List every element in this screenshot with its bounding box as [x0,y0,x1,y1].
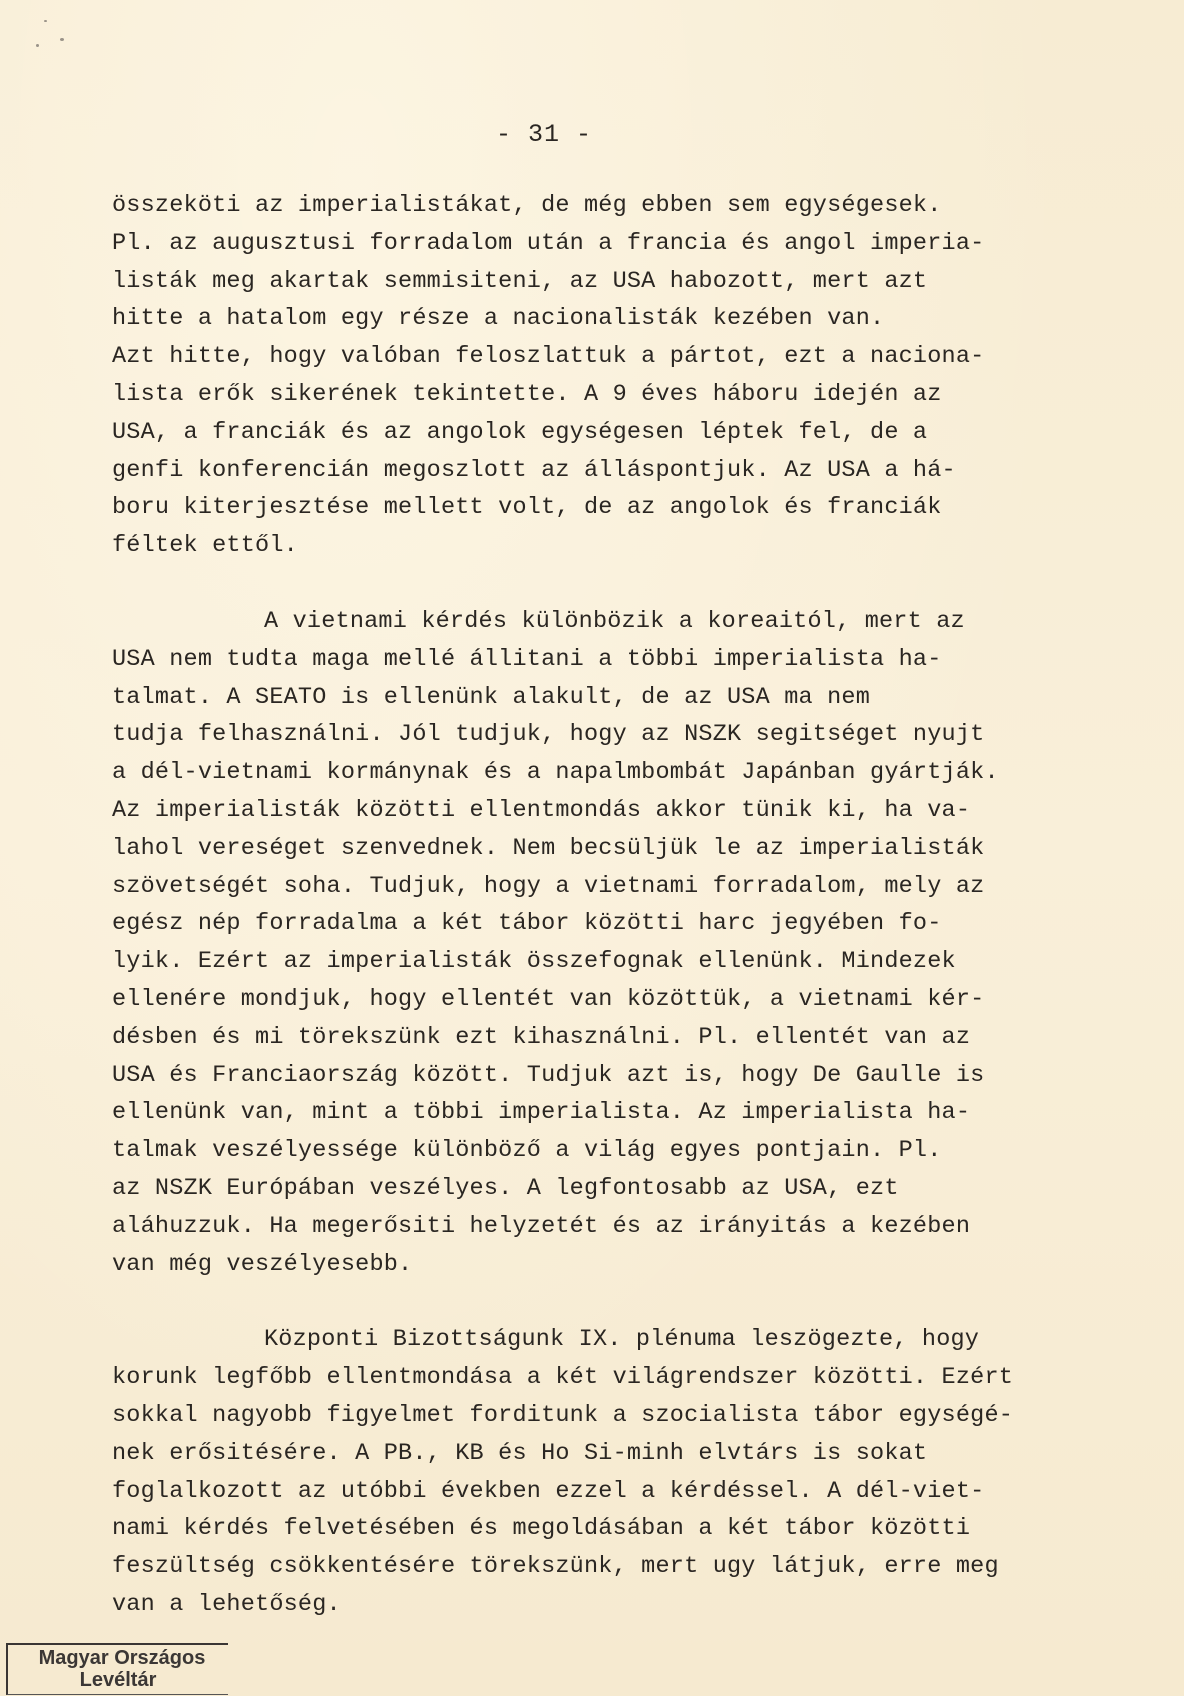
text-line: sokkal nagyobb figyelmet forditunk a szo… [112,1397,1112,1435]
text-line: USA, a franciák és az angolok egységesen… [112,414,1112,452]
document-body: összeköti az imperialistákat, de még ebb… [112,187,1112,1624]
stamp-line-2: Levéltár [8,1669,228,1691]
text-line: Központi Bizottságunk IX. plénuma leszög… [112,1321,1112,1359]
text-line: az NSZK Európában veszélyes. A legfontos… [112,1170,1112,1208]
paper-speck [36,44,39,47]
text-line: korunk legfőbb ellentmondása a két világ… [112,1359,1112,1397]
text-line: feszültség csökkentésére törekszünk, mer… [112,1548,1112,1586]
paper-speck [44,20,47,22]
paragraph-gap [112,565,1112,603]
text-line: van a lehetőség. [112,1586,1112,1624]
stamp-line-1: Magyar Országos [8,1647,228,1669]
text-line: Az imperialisták közötti ellentmondás ak… [112,792,1112,830]
text-line: féltek ettől. [112,527,1112,565]
text-line: USA és Franciaország között. Tudjuk azt … [112,1057,1112,1095]
text-line: boru kiterjesztése mellett volt, de az a… [112,489,1112,527]
text-line: lista erők sikerének tekintette. A 9 éve… [112,376,1112,414]
text-line: a dél-vietnami kormánynak és a napalmbom… [112,754,1112,792]
text-line: szövetségét soha. Tudjuk, hogy a vietnam… [112,868,1112,906]
text-line: van még veszélyesebb. [112,1246,1112,1284]
text-line: összeköti az imperialistákat, de még ebb… [112,187,1112,225]
text-line: Pl. az augusztusi forradalom után a fran… [112,225,1112,263]
paragraph: A vietnami kérdés különbözik a koreaitól… [112,603,1112,1283]
text-line: désben és mi törekszünk ezt kihasználni.… [112,1019,1112,1057]
text-line: nami kérdés felvetésében és megoldásában… [112,1510,1112,1548]
text-line: listák meg akartak semmisiteni, az USA h… [112,263,1112,301]
paragraph: összeköti az imperialistákat, de még ebb… [112,187,1112,565]
text-line: talmak veszélyessége különböző a világ e… [112,1132,1112,1170]
text-line: talmat. A SEATO is ellenünk alakult, de … [112,679,1112,717]
text-line: hitte a hatalom egy része a nacionalistá… [112,300,1112,338]
text-line: genfi konferencián megoszlott az álláspo… [112,452,1112,490]
archive-stamp: Magyar Országos Levéltár [6,1643,228,1695]
paragraph-gap [112,1283,1112,1321]
text-line: ellenére mondjuk, hogy ellentét van közö… [112,981,1112,1019]
text-line: foglalkozott az utóbbi években ezzel a k… [112,1473,1112,1511]
text-line: nek erősitésére. A PB., KB és Ho Si-minh… [112,1435,1112,1473]
document-page: - 31 - összeköti az imperialistákat, de … [0,0,1184,1696]
text-line: egész nép forradalma a két tábor közötti… [112,905,1112,943]
page-number: - 31 - [0,120,1136,149]
paper-speck [60,38,64,41]
text-line: ellenünk van, mint a többi imperialista.… [112,1094,1112,1132]
text-line: lahol vereséget szenvednek. Nem becsüljü… [112,830,1112,868]
text-line: A vietnami kérdés különbözik a koreaitól… [112,603,1112,641]
text-line: Azt hitte, hogy valóban feloszlattuk a p… [112,338,1112,376]
paragraph: Központi Bizottságunk IX. plénuma leszög… [112,1321,1112,1623]
text-line: tudja felhasználni. Jól tudjuk, hogy az … [112,716,1112,754]
text-line: aláhuzzuk. Ha megerősiti helyzetét és az… [112,1208,1112,1246]
text-line: lyik. Ezért az imperialisták összefognak… [112,943,1112,981]
text-line: USA nem tudta maga mellé állitani a több… [112,641,1112,679]
